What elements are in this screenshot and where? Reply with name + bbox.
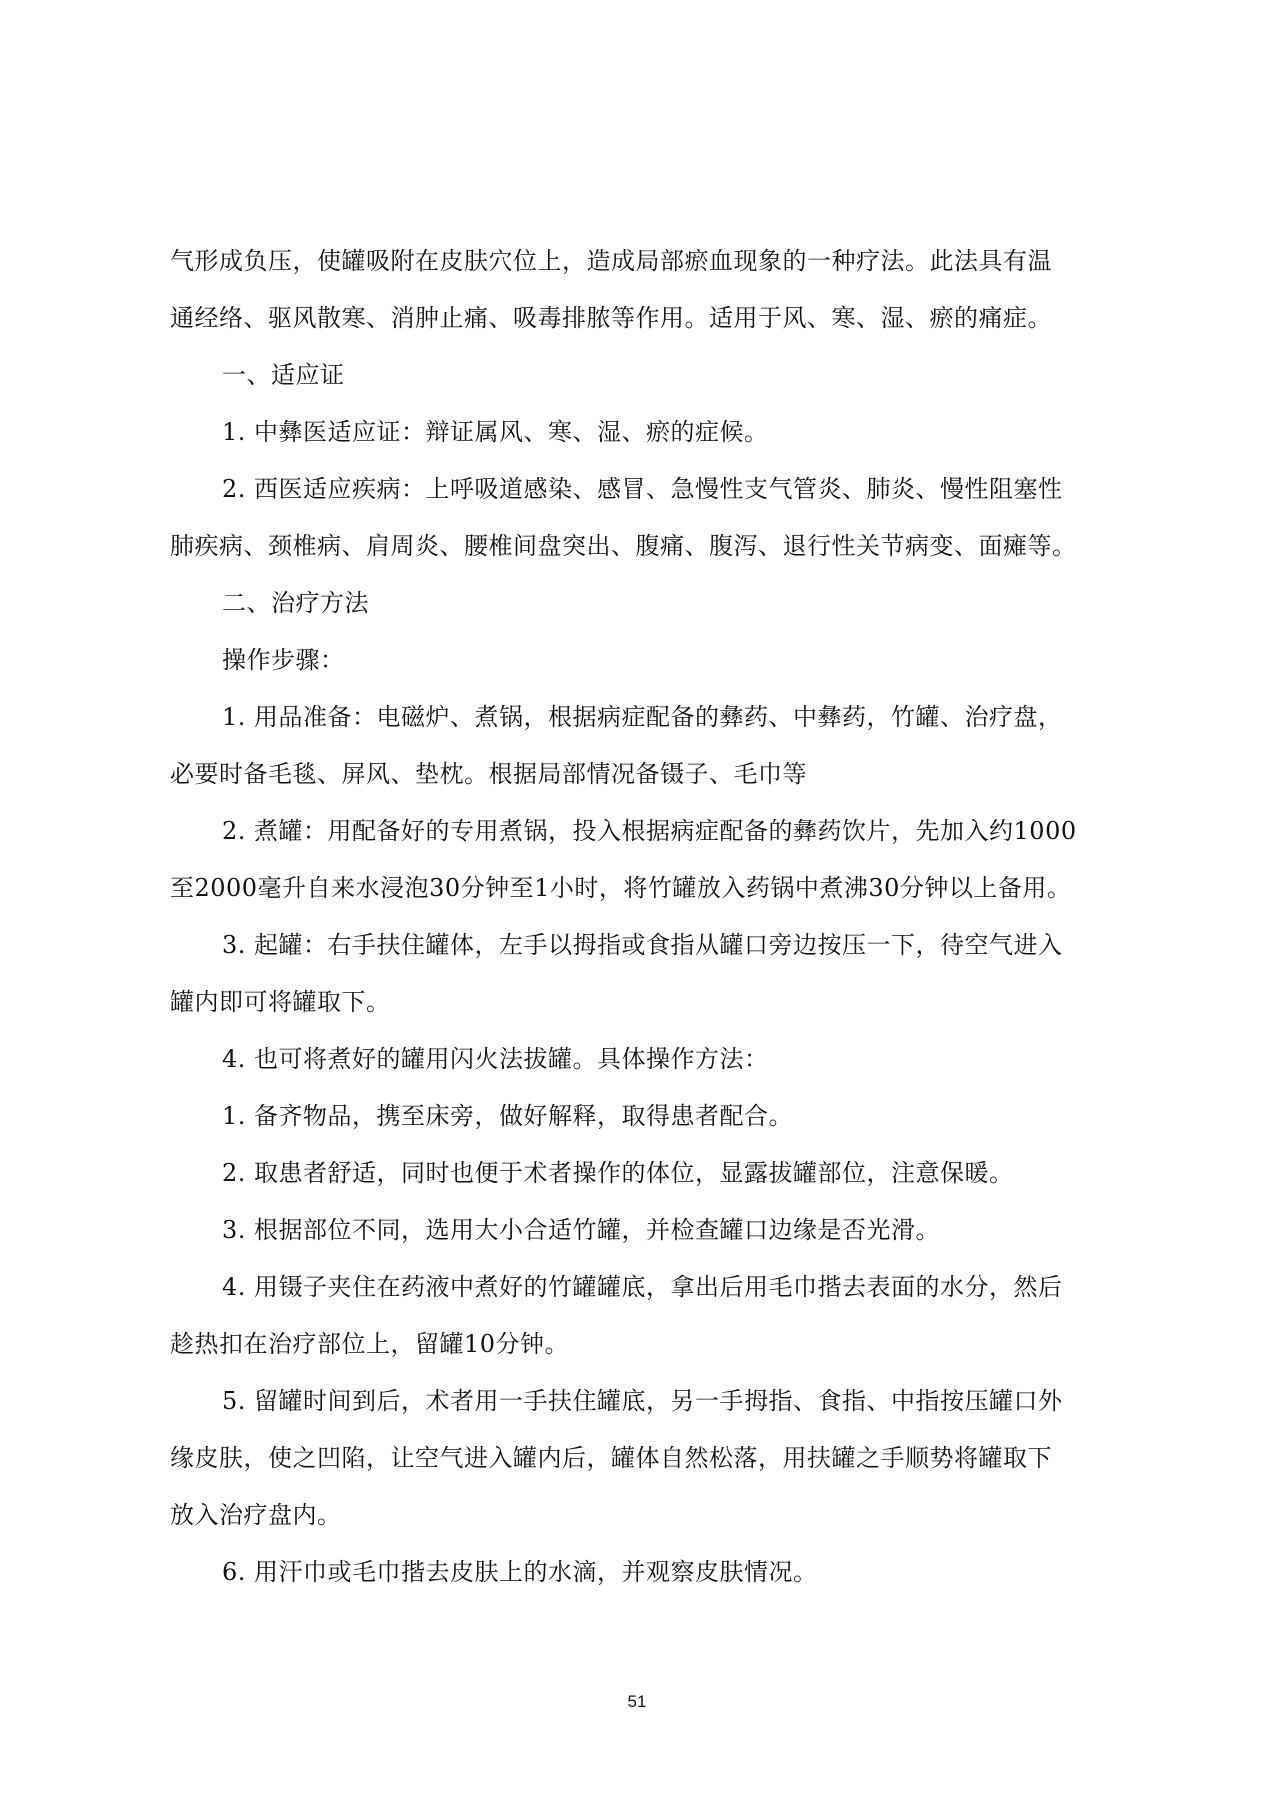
subheading-steps: 操作步骤：: [222, 645, 345, 675]
list-item: 5. 留罐时间到后，术者用一手扶住罐底，另一手拇指、食指、中指按压罐口外: [222, 1386, 1063, 1416]
body-text-line: 必要时备毛毯、屏风、垫枕。根据局部情况备镊子、毛巾等: [170, 759, 807, 789]
list-item: 1. 中彝医适应证：辩证属风、寒、湿、瘀的症候。: [222, 417, 769, 447]
body-text-line: 通经络、驱风散寒、消肿止痛、吸毒排脓等作用。适用于风、寒、湿、瘀的痛症。: [170, 303, 1052, 333]
list-item: 3. 起罐：右手扶住罐体，左手以拇指或食指从罐口旁边按压一下，待空气进入: [222, 930, 1063, 960]
page-number: 51: [0, 1692, 1274, 1712]
body-text-line: 趁热扣在治疗部位上，留罐10分钟。: [170, 1329, 569, 1359]
document-page: 气形成负压，使罐吸附在皮肤穴位上，造成局部瘀血现象的一种疗法。此法具有温 通经络…: [0, 0, 1274, 1801]
list-item: 4. 用镊子夹住在药液中煮好的竹罐罐底，拿出后用毛巾揩去表面的水分，然后: [222, 1272, 1063, 1302]
list-item: 2. 西医适应疾病：上呼吸道感染、感冒、急慢性支气管炎、肺炎、慢性阻塞性: [222, 474, 1063, 504]
list-item: 3. 根据部位不同，选用大小合适竹罐，并检查罐口边缘是否光滑。: [222, 1215, 940, 1245]
list-item: 4. 也可将煮好的罐用闪火法拔罐。具体操作方法：: [222, 1044, 769, 1074]
list-item: 1. 用品准备：电磁炉、煮锅，根据病症配备的彝药、中彝药，竹罐、治疗盘，: [222, 702, 1063, 732]
section-heading-treatment: 二、治疗方法: [222, 588, 369, 618]
body-text-line: 肺疾病、颈椎病、肩周炎、腰椎间盘突出、腹痛、腹泻、退行性关节病变、面瘫等。: [170, 531, 1077, 561]
section-heading-indications: 一、适应证: [222, 360, 345, 390]
body-text-line: 罐内即可将罐取下。: [170, 987, 391, 1017]
list-item: 6. 用汗巾或毛巾揩去皮肤上的水滴，并观察皮肤情况。: [222, 1557, 818, 1587]
body-text-line: 气形成负压，使罐吸附在皮肤穴位上，造成局部瘀血现象的一种疗法。此法具有温: [170, 246, 1052, 276]
list-item: 2. 煮罐：用配备好的专用煮锅，投入根据病症配备的彝药饮片，先加入约1000: [222, 816, 1077, 846]
body-text-line: 放入治疗盘内。: [170, 1500, 342, 1530]
body-text-line: 至2000毫升自来水浸泡30分钟至1小时，将竹罐放入药锅中煮沸30分钟以上备用。: [170, 873, 1071, 903]
body-text-line: 缘皮肤，使之凹陷，让空气进入罐内后，罐体自然松落，用扶罐之手顺势将罐取下: [170, 1443, 1052, 1473]
list-item: 1. 备齐物品，携至床旁，做好解释，取得患者配合。: [222, 1101, 793, 1131]
list-item: 2. 取患者舒适，同时也便于术者操作的体位，显露拔罐部位，注意保暖。: [222, 1158, 1014, 1188]
